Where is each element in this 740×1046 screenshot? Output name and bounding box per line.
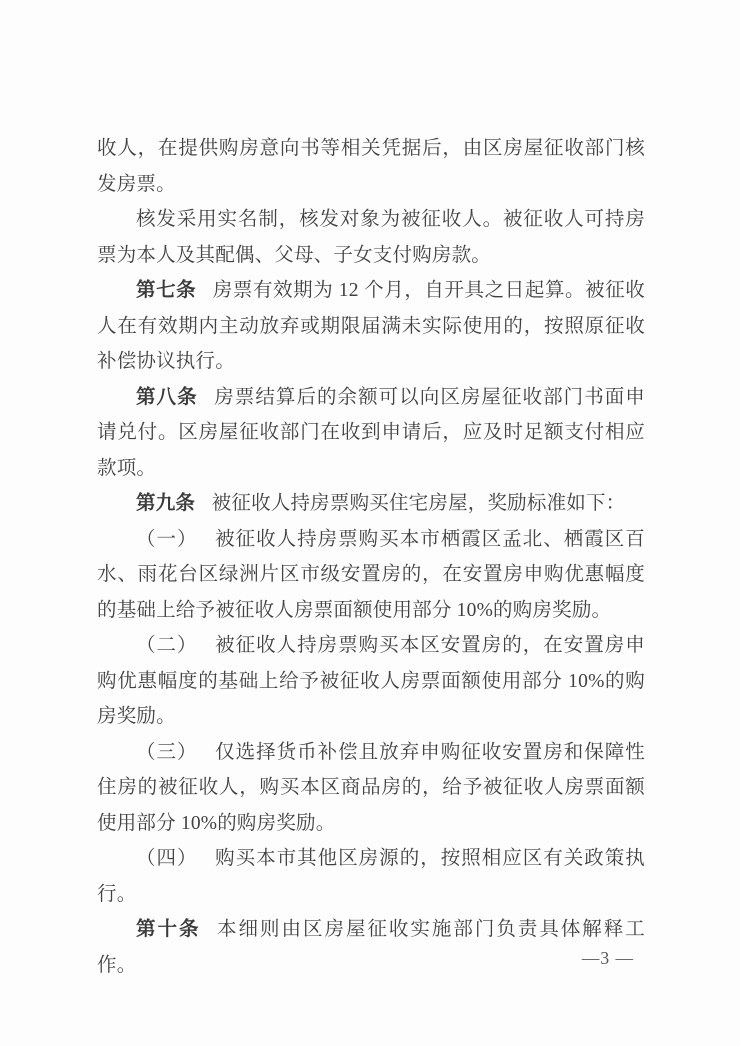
article-number-label: 第九条 [136,492,195,514]
paragraph-text: 核发采用实名制，核发对象为被征收人。被征收人可持房票为本人及其配偶、父母、子女支… [97,209,645,266]
page-number: —3 — [582,948,634,969]
paragraph-article-10: 第十条本细则由区房屋征收实施部门负责具体解释工作。 [97,912,645,983]
article-number-label: 第七条 [136,279,196,301]
document-text-block: 收人，在提供购房意向书等相关凭据后，由区房屋征收部门核发房票。 核发采用实名制，… [97,131,645,983]
article-number-label: 第八条 [136,386,198,408]
list-item-number: （二） [136,635,198,656]
list-item-number: （一） [136,529,198,550]
paragraph-article-9: 第九条被征收人持房票购买住宅房屋，奖励标准如下： [97,486,645,522]
list-item-number: （三） [136,742,198,763]
paragraph-item-3: （三）仅选择货币补偿且放弃申购征收安置房和保障性住房的被征收人，购买本区商品房的… [97,735,645,842]
paragraph-article-7: 第七条房票有效期为 12 个月，自开具之日起算。被征收人在有效期内主动放弃或期限… [97,273,645,380]
paragraph-item-1: （一）被征收人持房票购买本市栖霞区孟北、栖霞区百水、雨花台区绿洲片区市级安置房的… [97,522,645,629]
paragraph-item-4: （四）购买本市其他区房源的，按照相应区有关政策执行。 [97,841,645,912]
document-page: 收人，在提供购房意向书等相关凭据后，由区房屋征收部门核发房票。 核发采用实名制，… [0,0,740,1046]
paragraph-text: 收人，在提供购房意向书等相关凭据后，由区房屋征收部门核发房票。 [97,138,645,195]
paragraph-item-2: （二）被征收人持房票购买本区安置房的，在安置房申购优惠幅度的基础上给予被征收人房… [97,628,645,735]
list-item-number: （四） [136,848,198,869]
paragraph-article-8: 第八条房票结算后的余额可以向区房屋征收部门书面申请兑付。区房屋征收部门在收到申请… [97,380,645,487]
paragraph-text: 被征收人持房票购买住宅房屋，奖励标准如下： [212,493,626,514]
paragraph: 核发采用实名制，核发对象为被征收人。被征收人可持房票为本人及其配偶、父母、子女支… [97,202,645,273]
paragraph: 收人，在提供购房意向书等相关凭据后，由区房屋征收部门核发房票。 [97,131,645,202]
article-number-label: 第十条 [136,918,200,940]
